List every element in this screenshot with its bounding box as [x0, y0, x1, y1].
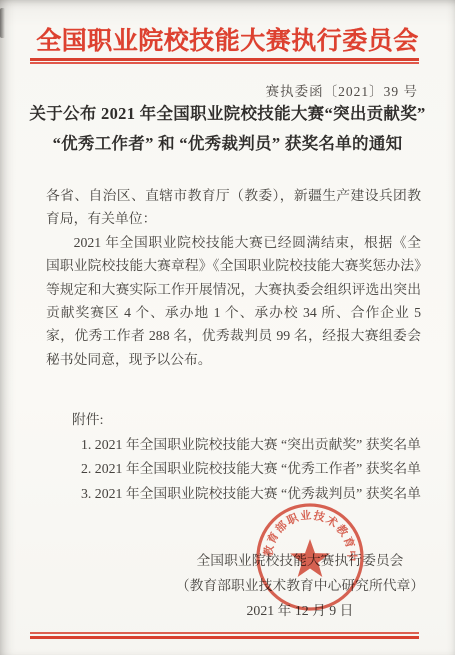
document-title-line1: 关于公布 2021 年全国职业院校技能大赛“突出贡献奖”	[29, 104, 425, 123]
footer-rule-thick	[30, 636, 419, 639]
document-number: 赛执委函〔2021〕39 号	[266, 80, 418, 100]
signature-org: 全国职业院校技能大赛执行委员会	[150, 548, 450, 573]
document-page: 全国职业院校技能大赛执行委员会 赛执委函〔2021〕39 号 关于公布 2021…	[0, 0, 455, 655]
signature-block: 全国职业院校技能大赛执行委员会 （教育部职业技术教育中心研究所代章） 2021 …	[150, 548, 450, 624]
attachments-label: 附件:	[72, 408, 425, 433]
header-double-rule	[30, 58, 419, 66]
letterhead-title: 全国职业院校技能大赛执行委员会	[0, 21, 455, 57]
signature-on-behalf: （教育部职业技术教育中心研究所代章）	[150, 573, 450, 598]
attachment-item: 2. 2021 年全国职业院校技能大赛 “优秀工作者” 获奖名单	[81, 457, 425, 482]
header-rule-thin	[30, 62, 419, 64]
document-title: 关于公布 2021 年全国职业院校技能大赛“突出贡献奖” “优秀工作者” 和 “…	[18, 99, 437, 158]
attachment-item: 3. 2021 年全国职业院校技能大赛 “优秀裁判员” 获奖名单	[81, 482, 425, 507]
signature-date: 2021 年 12 月 9 日	[150, 598, 450, 623]
document-title-line2: “优秀工作者” 和 “优秀裁判员” 获奖名单的通知	[53, 134, 403, 153]
main-paragraph: 2021 年全国职业院校技能大赛已经圆满结束，根据《全国职业院校技能大赛章程》《…	[46, 231, 421, 371]
attachment-item: 1. 2021 年全国职业院校技能大赛 “突出贡献奖” 获奖名单	[81, 433, 425, 458]
document-body: 各省、自治区、直辖市教育厅（教委），新疆生产建设兵团教育局，有关单位： 2021…	[46, 184, 421, 371]
footer-double-rule	[30, 632, 419, 639]
attachments-list: 1. 2021 年全国职业院校技能大赛 “突出贡献奖” 获奖名单 2. 2021…	[72, 433, 425, 507]
salutation-paragraph: 各省、自治区、直辖市教育厅（教委），新疆生产建设兵团教育局，有关单位：	[46, 184, 421, 231]
attachments-section: 附件: 1. 2021 年全国职业院校技能大赛 “突出贡献奖” 获奖名单 2. …	[72, 408, 425, 506]
